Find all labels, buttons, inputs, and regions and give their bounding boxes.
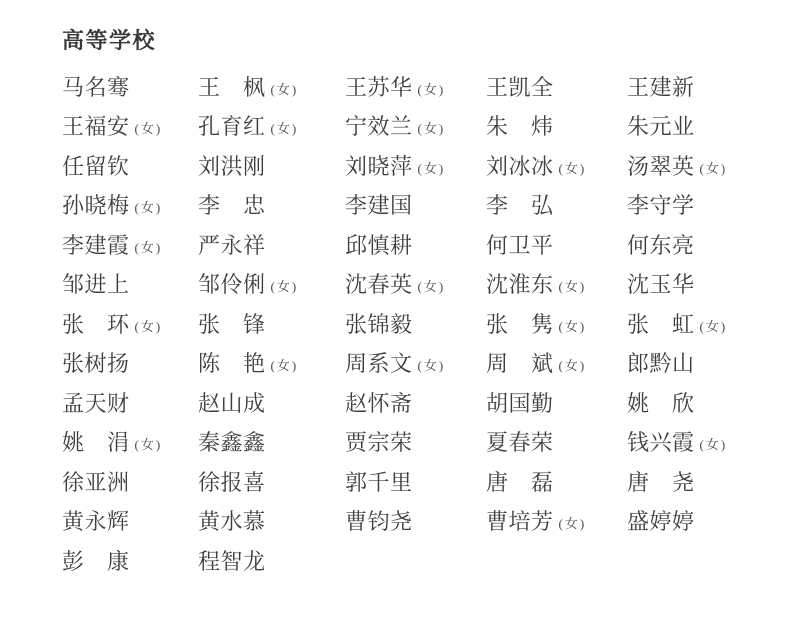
person-cell: 孙晓梅(女) [62, 195, 198, 217]
person-name: 张 环 [62, 314, 130, 336]
person-name: 赵山成 [198, 393, 266, 415]
person-name: 严永祥 [198, 235, 266, 257]
person-name: 赵怀斋 [345, 393, 413, 415]
person-name: 朱 炜 [486, 116, 554, 138]
person-cell: 何卫平 [486, 235, 627, 257]
person-cell: 朱 炜 [486, 116, 627, 138]
person-cell: 李建国 [345, 195, 486, 217]
person-name: 宁效兰 [345, 116, 413, 138]
person-cell: 郎黔山 [627, 353, 801, 375]
person-name: 沈淮东 [486, 274, 554, 296]
roster-row: 黄永辉黄水慕曹钧尧曹培芳(女)盛婷婷 [62, 503, 801, 543]
person-name: 徐报喜 [198, 472, 266, 494]
person-cell: 周 斌(女) [486, 353, 627, 375]
roster-row: 张树扬陈 艳(女)周系文(女)周 斌(女)郎黔山 [62, 345, 801, 385]
person-cell: 严永祥 [198, 235, 345, 257]
person-name: 邹伶俐 [198, 274, 266, 296]
person-cell: 沈春英(女) [345, 274, 486, 296]
person-cell: 李建霞(女) [62, 235, 198, 257]
female-marker: (女) [559, 358, 587, 373]
person-name: 何东亮 [627, 235, 695, 257]
person-cell: 张 隽(女) [486, 314, 627, 336]
person-name: 孙晓梅 [62, 195, 130, 217]
person-cell: 陈 艳(女) [198, 353, 345, 375]
roster-row: 孟天财赵山成赵怀斋胡国勤姚 欣 [62, 384, 801, 424]
person-name: 姚 涓 [62, 432, 130, 454]
roster-row: 任留钦刘洪刚刘晓萍(女)刘冰冰(女)汤翠英(女) [62, 147, 801, 187]
person-name: 汤翠英 [627, 156, 695, 178]
person-name: 刘冰冰 [486, 156, 554, 178]
person-cell: 姚 欣 [627, 393, 801, 415]
person-cell: 曹钧尧 [345, 511, 486, 533]
person-name: 邹进上 [62, 274, 130, 296]
person-cell: 张 环(女) [62, 314, 198, 336]
person-cell: 汤翠英(女) [627, 156, 801, 178]
female-marker: (女) [418, 161, 446, 176]
roster-row: 邹进上邹伶俐(女)沈春英(女)沈淮东(女)沈玉华 [62, 266, 801, 306]
person-cell: 张 锋 [198, 314, 345, 336]
female-marker: (女) [135, 200, 163, 215]
person-name: 王 枫 [198, 77, 266, 99]
person-cell: 赵山成 [198, 393, 345, 415]
female-marker: (女) [559, 161, 587, 176]
roster-row: 张 环(女)张 锋张锦毅张 隽(女)张 虹(女) [62, 305, 801, 345]
person-name: 孟天财 [62, 393, 130, 415]
person-cell: 王 枫(女) [198, 77, 345, 99]
female-marker: (女) [700, 161, 728, 176]
person-name: 王建新 [627, 77, 695, 99]
roster-row: 李建霞(女)严永祥邱慎耕何卫平何东亮 [62, 226, 801, 266]
roster-row: 徐亚洲徐报喜郭千里唐 磊唐 尧 [62, 463, 801, 503]
person-name: 黄永辉 [62, 511, 130, 533]
person-cell: 张树扬 [62, 353, 198, 375]
female-marker: (女) [271, 279, 299, 294]
female-marker: (女) [271, 121, 299, 136]
person-cell: 李 忠 [198, 195, 345, 217]
person-cell: 张 虹(女) [627, 314, 801, 336]
female-marker: (女) [418, 358, 446, 373]
female-marker: (女) [271, 358, 299, 373]
female-marker: (女) [559, 319, 587, 334]
person-name: 贾宗荣 [345, 432, 413, 454]
person-name: 李建国 [345, 195, 413, 217]
name-roster: 马名骞王 枫(女)王苏华(女)王凯全王建新王福安(女)孔育红(女)宁效兰(女)朱… [62, 68, 801, 582]
person-cell: 唐 尧 [627, 472, 801, 494]
person-name: 王凯全 [486, 77, 554, 99]
person-cell: 沈淮东(女) [486, 274, 627, 296]
person-cell: 钱兴霞(女) [627, 432, 801, 454]
person-cell: 王苏华(女) [345, 77, 486, 99]
person-name: 程智龙 [198, 551, 266, 573]
person-cell: 黄永辉 [62, 511, 198, 533]
female-marker: (女) [559, 516, 587, 531]
person-name: 李建霞 [62, 235, 130, 257]
person-cell: 贾宗荣 [345, 432, 486, 454]
female-marker: (女) [135, 121, 163, 136]
roster-row: 姚 涓(女)秦鑫鑫贾宗荣夏春荣钱兴霞(女) [62, 424, 801, 464]
document-page: 高等学校 马名骞王 枫(女)王苏华(女)王凯全王建新王福安(女)孔育红(女)宁效… [0, 0, 811, 637]
person-name: 张 锋 [198, 314, 266, 336]
person-cell: 曹培芳(女) [486, 511, 627, 533]
section-title: 高等学校 [62, 24, 156, 55]
person-cell: 赵怀斋 [345, 393, 486, 415]
person-cell: 孔育红(女) [198, 116, 345, 138]
person-name: 李 忠 [198, 195, 266, 217]
roster-row: 彭 康程智龙 [62, 542, 801, 582]
person-cell: 唐 磊 [486, 472, 627, 494]
person-cell: 周系文(女) [345, 353, 486, 375]
person-cell: 王福安(女) [62, 116, 198, 138]
person-name: 刘晓萍 [345, 156, 413, 178]
female-marker: (女) [700, 319, 728, 334]
female-marker: (女) [700, 437, 728, 452]
roster-row: 孙晓梅(女)李 忠李建国李 弘李守学 [62, 187, 801, 227]
person-cell: 孟天财 [62, 393, 198, 415]
person-cell: 沈玉华 [627, 274, 801, 296]
female-marker: (女) [559, 279, 587, 294]
person-name: 盛婷婷 [627, 511, 695, 533]
person-cell: 盛婷婷 [627, 511, 801, 533]
person-name: 李守学 [627, 195, 695, 217]
person-cell: 夏春荣 [486, 432, 627, 454]
female-marker: (女) [418, 121, 446, 136]
female-marker: (女) [271, 82, 299, 97]
person-cell: 张锦毅 [345, 314, 486, 336]
person-name: 郭千里 [345, 472, 413, 494]
person-cell: 邹进上 [62, 274, 198, 296]
person-cell: 刘晓萍(女) [345, 156, 486, 178]
person-cell: 李守学 [627, 195, 801, 217]
person-name: 孔育红 [198, 116, 266, 138]
person-cell: 程智龙 [198, 551, 345, 573]
person-cell: 黄水慕 [198, 511, 345, 533]
person-cell: 朱元业 [627, 116, 801, 138]
person-cell: 邱慎耕 [345, 235, 486, 257]
roster-row: 王福安(女)孔育红(女)宁效兰(女)朱 炜朱元业 [62, 108, 801, 148]
person-cell: 任留钦 [62, 156, 198, 178]
person-cell: 徐报喜 [198, 472, 345, 494]
person-name: 钱兴霞 [627, 432, 695, 454]
person-name: 陈 艳 [198, 353, 266, 375]
person-name: 朱元业 [627, 116, 695, 138]
person-name: 何卫平 [486, 235, 554, 257]
person-name: 周 斌 [486, 353, 554, 375]
person-name: 郎黔山 [627, 353, 695, 375]
person-name: 张 虹 [627, 314, 695, 336]
person-name: 李 弘 [486, 195, 554, 217]
female-marker: (女) [135, 240, 163, 255]
person-name: 邱慎耕 [345, 235, 413, 257]
person-cell: 王凯全 [486, 77, 627, 99]
person-name: 张树扬 [62, 353, 130, 375]
person-name: 黄水慕 [198, 511, 266, 533]
person-name: 张 隽 [486, 314, 554, 336]
person-name: 秦鑫鑫 [198, 432, 266, 454]
person-name: 王苏华 [345, 77, 413, 99]
person-name: 张锦毅 [345, 314, 413, 336]
person-name: 胡国勤 [486, 393, 554, 415]
person-cell: 郭千里 [345, 472, 486, 494]
person-name: 唐 磊 [486, 472, 554, 494]
person-name: 沈玉华 [627, 274, 695, 296]
roster-row: 马名骞王 枫(女)王苏华(女)王凯全王建新 [62, 68, 801, 108]
person-name: 周系文 [345, 353, 413, 375]
person-cell: 刘洪刚 [198, 156, 345, 178]
person-cell: 彭 康 [62, 551, 198, 573]
female-marker: (女) [418, 82, 446, 97]
person-name: 沈春英 [345, 274, 413, 296]
person-cell: 胡国勤 [486, 393, 627, 415]
person-name: 唐 尧 [627, 472, 695, 494]
person-name: 曹培芳 [486, 511, 554, 533]
person-cell: 刘冰冰(女) [486, 156, 627, 178]
person-cell: 王建新 [627, 77, 801, 99]
person-name: 马名骞 [62, 77, 130, 99]
person-name: 任留钦 [62, 156, 130, 178]
female-marker: (女) [135, 437, 163, 452]
person-name: 姚 欣 [627, 393, 695, 415]
person-name: 彭 康 [62, 551, 130, 573]
person-cell: 宁效兰(女) [345, 116, 486, 138]
person-name: 曹钧尧 [345, 511, 413, 533]
person-cell: 秦鑫鑫 [198, 432, 345, 454]
person-cell: 邹伶俐(女) [198, 274, 345, 296]
person-name: 夏春荣 [486, 432, 554, 454]
person-cell: 何东亮 [627, 235, 801, 257]
person-cell: 姚 涓(女) [62, 432, 198, 454]
person-cell: 徐亚洲 [62, 472, 198, 494]
person-name: 徐亚洲 [62, 472, 130, 494]
female-marker: (女) [418, 279, 446, 294]
person-cell: 李 弘 [486, 195, 627, 217]
female-marker: (女) [135, 319, 163, 334]
person-name: 刘洪刚 [198, 156, 266, 178]
person-name: 王福安 [62, 116, 130, 138]
person-cell: 马名骞 [62, 77, 198, 99]
